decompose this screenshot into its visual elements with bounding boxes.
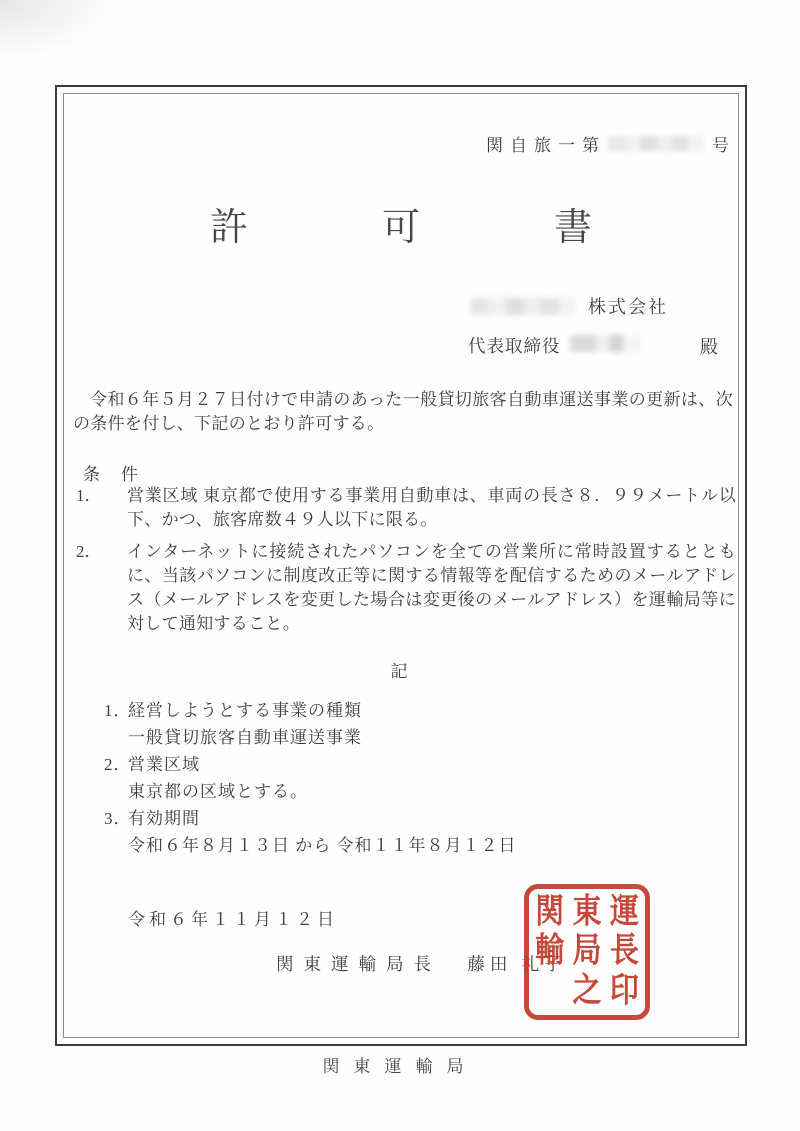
seal-char: 之: [568, 968, 605, 1014]
issuing-bureau-footer: 関東運輸局: [0, 1052, 800, 1077]
item-label: 経営しようとする事業の種類: [128, 697, 664, 724]
document-number: 関自旅一第 号: [486, 131, 736, 156]
document-title: 許 可 書: [210, 196, 592, 251]
redacted-document-number: [608, 136, 704, 151]
company-suffix: 株式会社: [588, 293, 668, 319]
condition-item-1: 1． 営業区域 東京都で使用する事業用自動車は、車両の長さ８．９９メートル以下、…: [76, 484, 736, 532]
item-label: 営業区域: [128, 751, 664, 778]
addressee-representative-line: 代表取締役 殿: [468, 333, 718, 357]
item-value: 東京都の区域とする。: [128, 778, 664, 805]
title-char: 可: [382, 196, 420, 251]
conditions-heading: 条 件: [83, 460, 140, 485]
seal-char: [531, 968, 568, 1014]
item-number: 1．: [104, 697, 128, 724]
list-item: 1． 経営しようとする事業の種類: [104, 697, 664, 724]
title-char: 書: [554, 196, 592, 251]
official-red-seal: 関 東 運 輸 局 長 之 印: [524, 884, 650, 1020]
addressee-company-line: 株式会社: [470, 293, 668, 319]
item-value: 令和６年８月１３日 から 令和１１年８月１２日: [128, 832, 664, 859]
condition-number: 1．: [76, 484, 127, 532]
issue-date: 令和６年１１月１２日: [128, 905, 338, 930]
condition-text: インターネットに接続されたパソコンを全ての営業所に常時設置するとともに、当該パソ…: [127, 540, 736, 636]
ki-heading: 記: [0, 657, 800, 682]
representative-label: 代表取締役: [468, 333, 561, 358]
item-number: 2．: [104, 751, 128, 778]
honorific: 殿: [700, 333, 718, 359]
condition-item-2: 2． インターネットに接続されたパソコンを全ての営業所に常時設置するとともに、当…: [76, 540, 736, 636]
document-number-prefix: 関自旅一第: [486, 131, 606, 156]
condition-number: 2．: [76, 540, 127, 636]
signer-office: 関東運輸局長: [276, 954, 441, 974]
scanned-permit-document: 関自旅一第 号 許 可 書 株式会社 代表取締役 殿 令和６年５月２７日付けで申…: [0, 0, 800, 1131]
seal-char: 印: [606, 968, 643, 1014]
condition-text: 営業区域 東京都で使用する事業用自動車は、車両の長さ８．９９メートル以下、かつ、…: [127, 484, 736, 532]
list-item: 3． 有効期間: [104, 805, 664, 832]
intro-paragraph: 令和６年５月２７日付けで申請のあった一般貸切旅客自動車運送事業の更新は、次の条件…: [73, 388, 733, 436]
document-number-suffix: 号: [712, 131, 736, 156]
redacted-representative-name: [570, 335, 642, 352]
item-value: 一般貸切旅客自動車運送事業: [128, 724, 664, 751]
item-list: 1． 経営しようとする事業の種類 一般貸切旅客自動車運送事業 2． 営業区域 東…: [104, 697, 664, 859]
title-char: 許: [210, 196, 248, 251]
list-item: 2． 営業区域: [104, 751, 664, 778]
item-number: 3．: [104, 805, 128, 832]
item-label: 有効期間: [128, 805, 664, 832]
redacted-company-name: [470, 298, 576, 315]
